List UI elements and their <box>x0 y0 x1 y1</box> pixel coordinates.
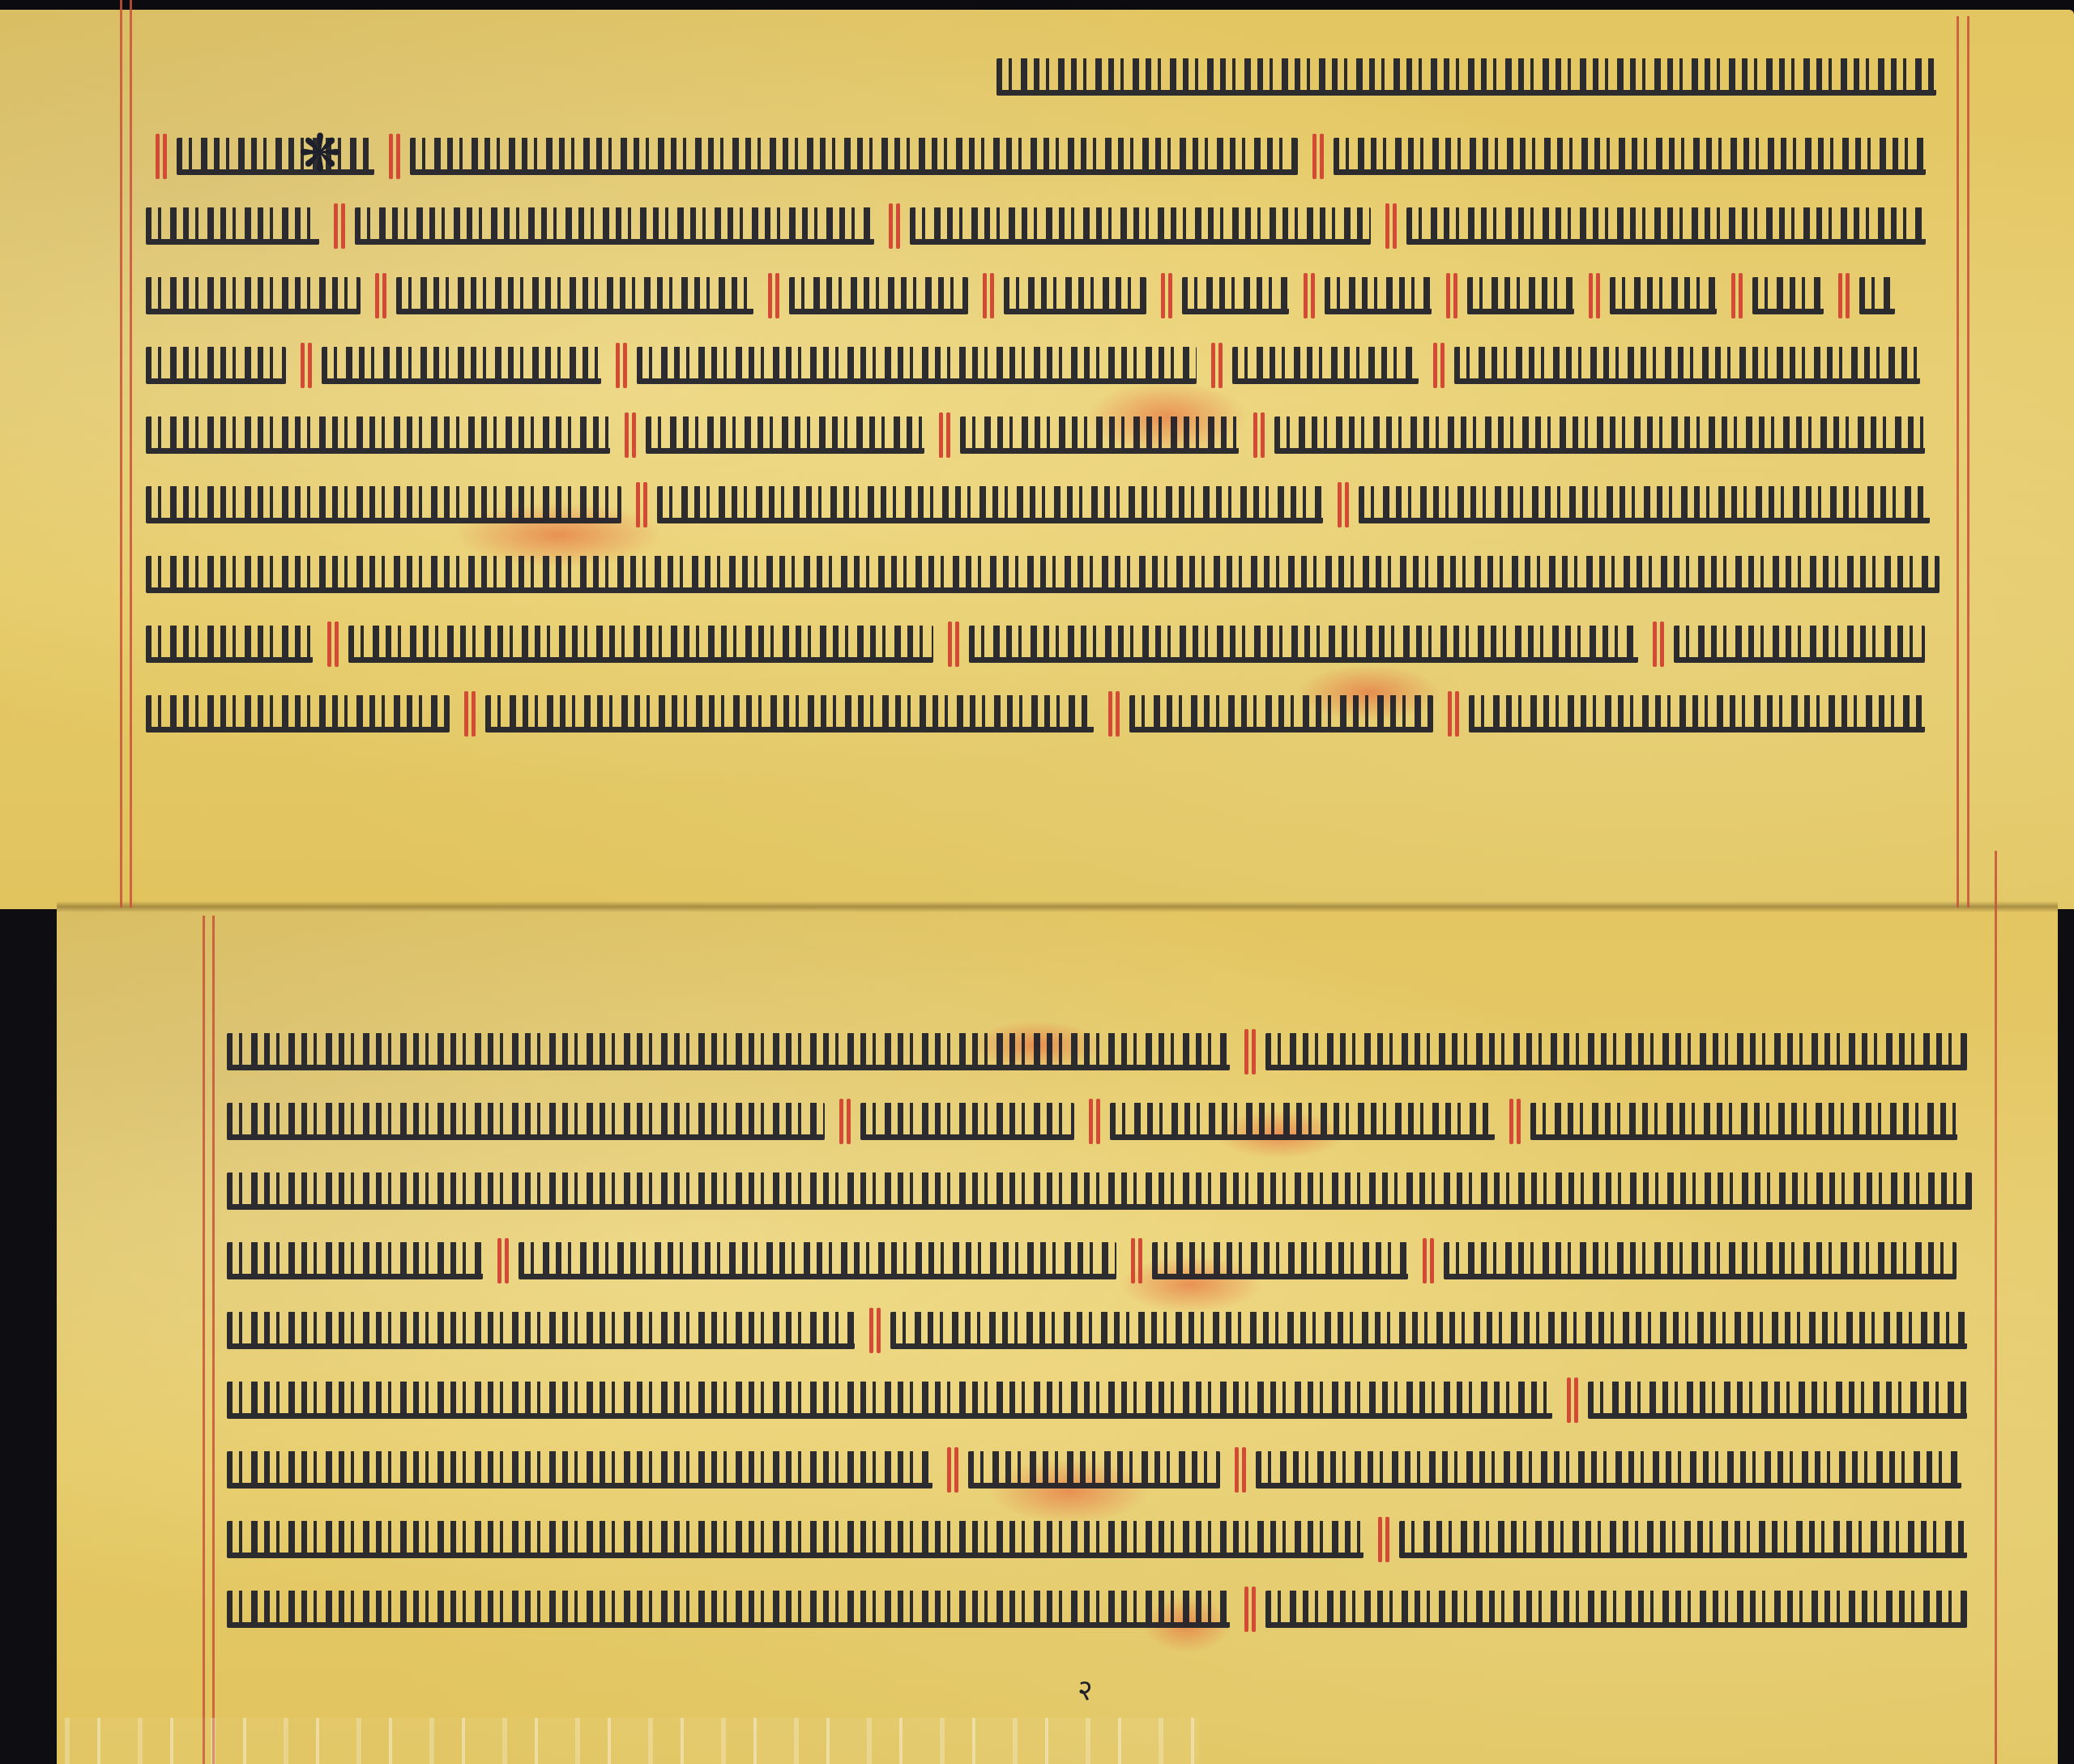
script-line <box>227 1164 1977 1218</box>
red-danda-mark <box>1159 273 1174 318</box>
red-danda-mark <box>623 412 638 458</box>
script-line <box>146 199 1944 253</box>
script-segment <box>1232 347 1419 384</box>
script-segment <box>227 1033 1230 1070</box>
script-line <box>227 1025 1977 1078</box>
script-segment <box>657 486 1323 523</box>
red-danda-mark <box>1376 1517 1391 1562</box>
script-line <box>146 339 1944 392</box>
red-danda-mark <box>946 621 961 667</box>
script-segment <box>1406 207 1926 245</box>
red-danda-mark <box>1336 482 1351 527</box>
script-segment <box>227 1103 825 1140</box>
script-segment <box>146 556 1940 593</box>
red-danda-mark <box>154 134 169 179</box>
script-segment <box>227 1312 855 1349</box>
script-segment <box>1444 1242 1957 1279</box>
red-danda-mark <box>1432 343 1446 388</box>
script-segment <box>227 1591 1230 1628</box>
fold-crease <box>57 901 2058 912</box>
red-danda-mark <box>981 273 996 318</box>
script-segment <box>1152 1242 1408 1279</box>
script-segment <box>355 207 874 245</box>
script-segment <box>1752 277 1824 314</box>
red-danda-mark <box>1210 343 1224 388</box>
script-segment <box>518 1242 1116 1279</box>
red-danda-mark <box>1107 691 1121 737</box>
script-segment <box>1256 1451 1961 1489</box>
script-line <box>227 1373 1977 1427</box>
script-segment <box>177 138 374 175</box>
left-margin-rule-upper-inner <box>130 0 132 908</box>
red-danda-mark <box>1233 1447 1248 1493</box>
script-segment <box>637 347 1197 384</box>
red-danda-mark <box>1730 273 1744 318</box>
script-segment <box>348 626 933 663</box>
script-segment <box>969 626 1638 663</box>
script-segment <box>968 1451 1220 1489</box>
script-segment <box>910 207 1371 245</box>
script-segment <box>996 58 1936 96</box>
red-danda-mark <box>326 621 340 667</box>
red-danda-mark <box>1508 1099 1522 1144</box>
script-segment <box>146 207 319 245</box>
right-margin-rule-upper-inner <box>1967 16 1969 908</box>
script-segment <box>146 416 610 454</box>
red-danda-mark <box>614 343 629 388</box>
red-danda-mark <box>1446 691 1461 737</box>
red-danda-mark <box>766 273 781 318</box>
script-segment <box>1610 277 1717 314</box>
script-segment <box>1110 1103 1495 1140</box>
dark-backdrop-left <box>0 908 57 1764</box>
script-line <box>227 1095 1977 1148</box>
script-segment <box>1129 695 1433 733</box>
script-segment <box>1359 486 1930 523</box>
red-danda-mark <box>1587 273 1602 318</box>
script-line <box>146 408 1944 462</box>
script-segment <box>485 695 1094 733</box>
script-line <box>146 687 1944 741</box>
script-segment <box>646 416 924 454</box>
script-segment <box>960 416 1239 454</box>
script-line <box>227 1513 1977 1566</box>
script-segment <box>146 486 621 523</box>
script-segment <box>227 1521 1363 1558</box>
script-line <box>146 130 1944 183</box>
script-line <box>227 1443 1977 1497</box>
script-segment <box>1004 277 1146 314</box>
script-segment <box>227 1382 1552 1419</box>
script-segment <box>1274 416 1925 454</box>
script-segment <box>1859 277 1895 314</box>
red-danda-mark <box>1445 273 1459 318</box>
script-segment <box>860 1103 1074 1140</box>
script-line <box>227 1304 1977 1357</box>
red-danda-mark <box>373 273 388 318</box>
script-segment <box>1467 277 1574 314</box>
script-segment <box>890 1312 1967 1349</box>
red-danda-mark <box>937 412 952 458</box>
red-danda-mark <box>838 1099 852 1144</box>
red-danda-mark <box>1837 273 1851 318</box>
page-number: २ <box>1078 1669 1093 1709</box>
script-line <box>146 548 1944 601</box>
red-danda-mark <box>332 203 347 249</box>
red-danda-mark <box>1311 134 1325 179</box>
red-danda-mark <box>1565 1377 1580 1423</box>
left-margin-rule-lower-inner <box>212 916 215 1764</box>
red-danda-mark <box>1243 1587 1257 1632</box>
script-segment <box>146 347 286 384</box>
script-line <box>146 478 1944 532</box>
dark-backdrop-right <box>2058 908 2074 1764</box>
left-margin-rule-lower <box>203 916 205 1764</box>
script-segment <box>146 277 361 314</box>
red-danda-mark <box>496 1238 510 1283</box>
red-danda-mark <box>463 691 477 737</box>
red-danda-mark <box>634 482 649 527</box>
script-line <box>227 1234 1977 1288</box>
script-segment <box>1454 347 1920 384</box>
script-segment <box>1530 1103 1957 1140</box>
script-segment <box>227 1172 1972 1210</box>
red-danda-mark <box>1252 412 1266 458</box>
script-segment <box>1265 1033 1967 1070</box>
script-segment <box>1588 1382 1967 1419</box>
script-line <box>227 1582 1977 1636</box>
script-segment <box>227 1242 483 1279</box>
red-danda-mark <box>887 203 902 249</box>
script-segment <box>789 277 968 314</box>
red-danda-mark <box>1302 273 1317 318</box>
script-line <box>146 617 1944 671</box>
script-segment <box>1469 695 1925 733</box>
red-danda-mark <box>1384 203 1398 249</box>
script-segment <box>396 277 753 314</box>
script-segment <box>322 347 601 384</box>
red-danda-mark <box>1651 621 1666 667</box>
script-segment <box>410 138 1298 175</box>
heading-line <box>996 50 1941 104</box>
script-segment <box>1265 1591 1967 1628</box>
left-margin-rule-upper <box>120 0 122 908</box>
script-segment <box>1182 277 1289 314</box>
script-segment <box>1399 1521 1967 1558</box>
red-danda-mark <box>387 134 402 179</box>
red-danda-mark <box>1243 1029 1257 1074</box>
red-danda-mark <box>868 1308 882 1353</box>
red-danda-mark <box>945 1447 960 1493</box>
right-margin-rule-lower <box>1995 851 1997 1764</box>
right-margin-rule-upper <box>1957 16 1959 908</box>
red-danda-mark <box>299 343 314 388</box>
red-danda-mark <box>1421 1238 1436 1283</box>
script-segment <box>1334 138 1926 175</box>
script-segment <box>1325 277 1432 314</box>
script-line <box>146 269 1944 322</box>
script-segment <box>146 626 313 663</box>
script-segment <box>227 1451 932 1489</box>
red-danda-mark <box>1087 1099 1102 1144</box>
plastic-sleeve <box>65 1718 1199 1764</box>
script-segment <box>146 695 450 733</box>
script-segment <box>1674 626 1925 663</box>
red-danda-mark <box>1129 1238 1144 1283</box>
